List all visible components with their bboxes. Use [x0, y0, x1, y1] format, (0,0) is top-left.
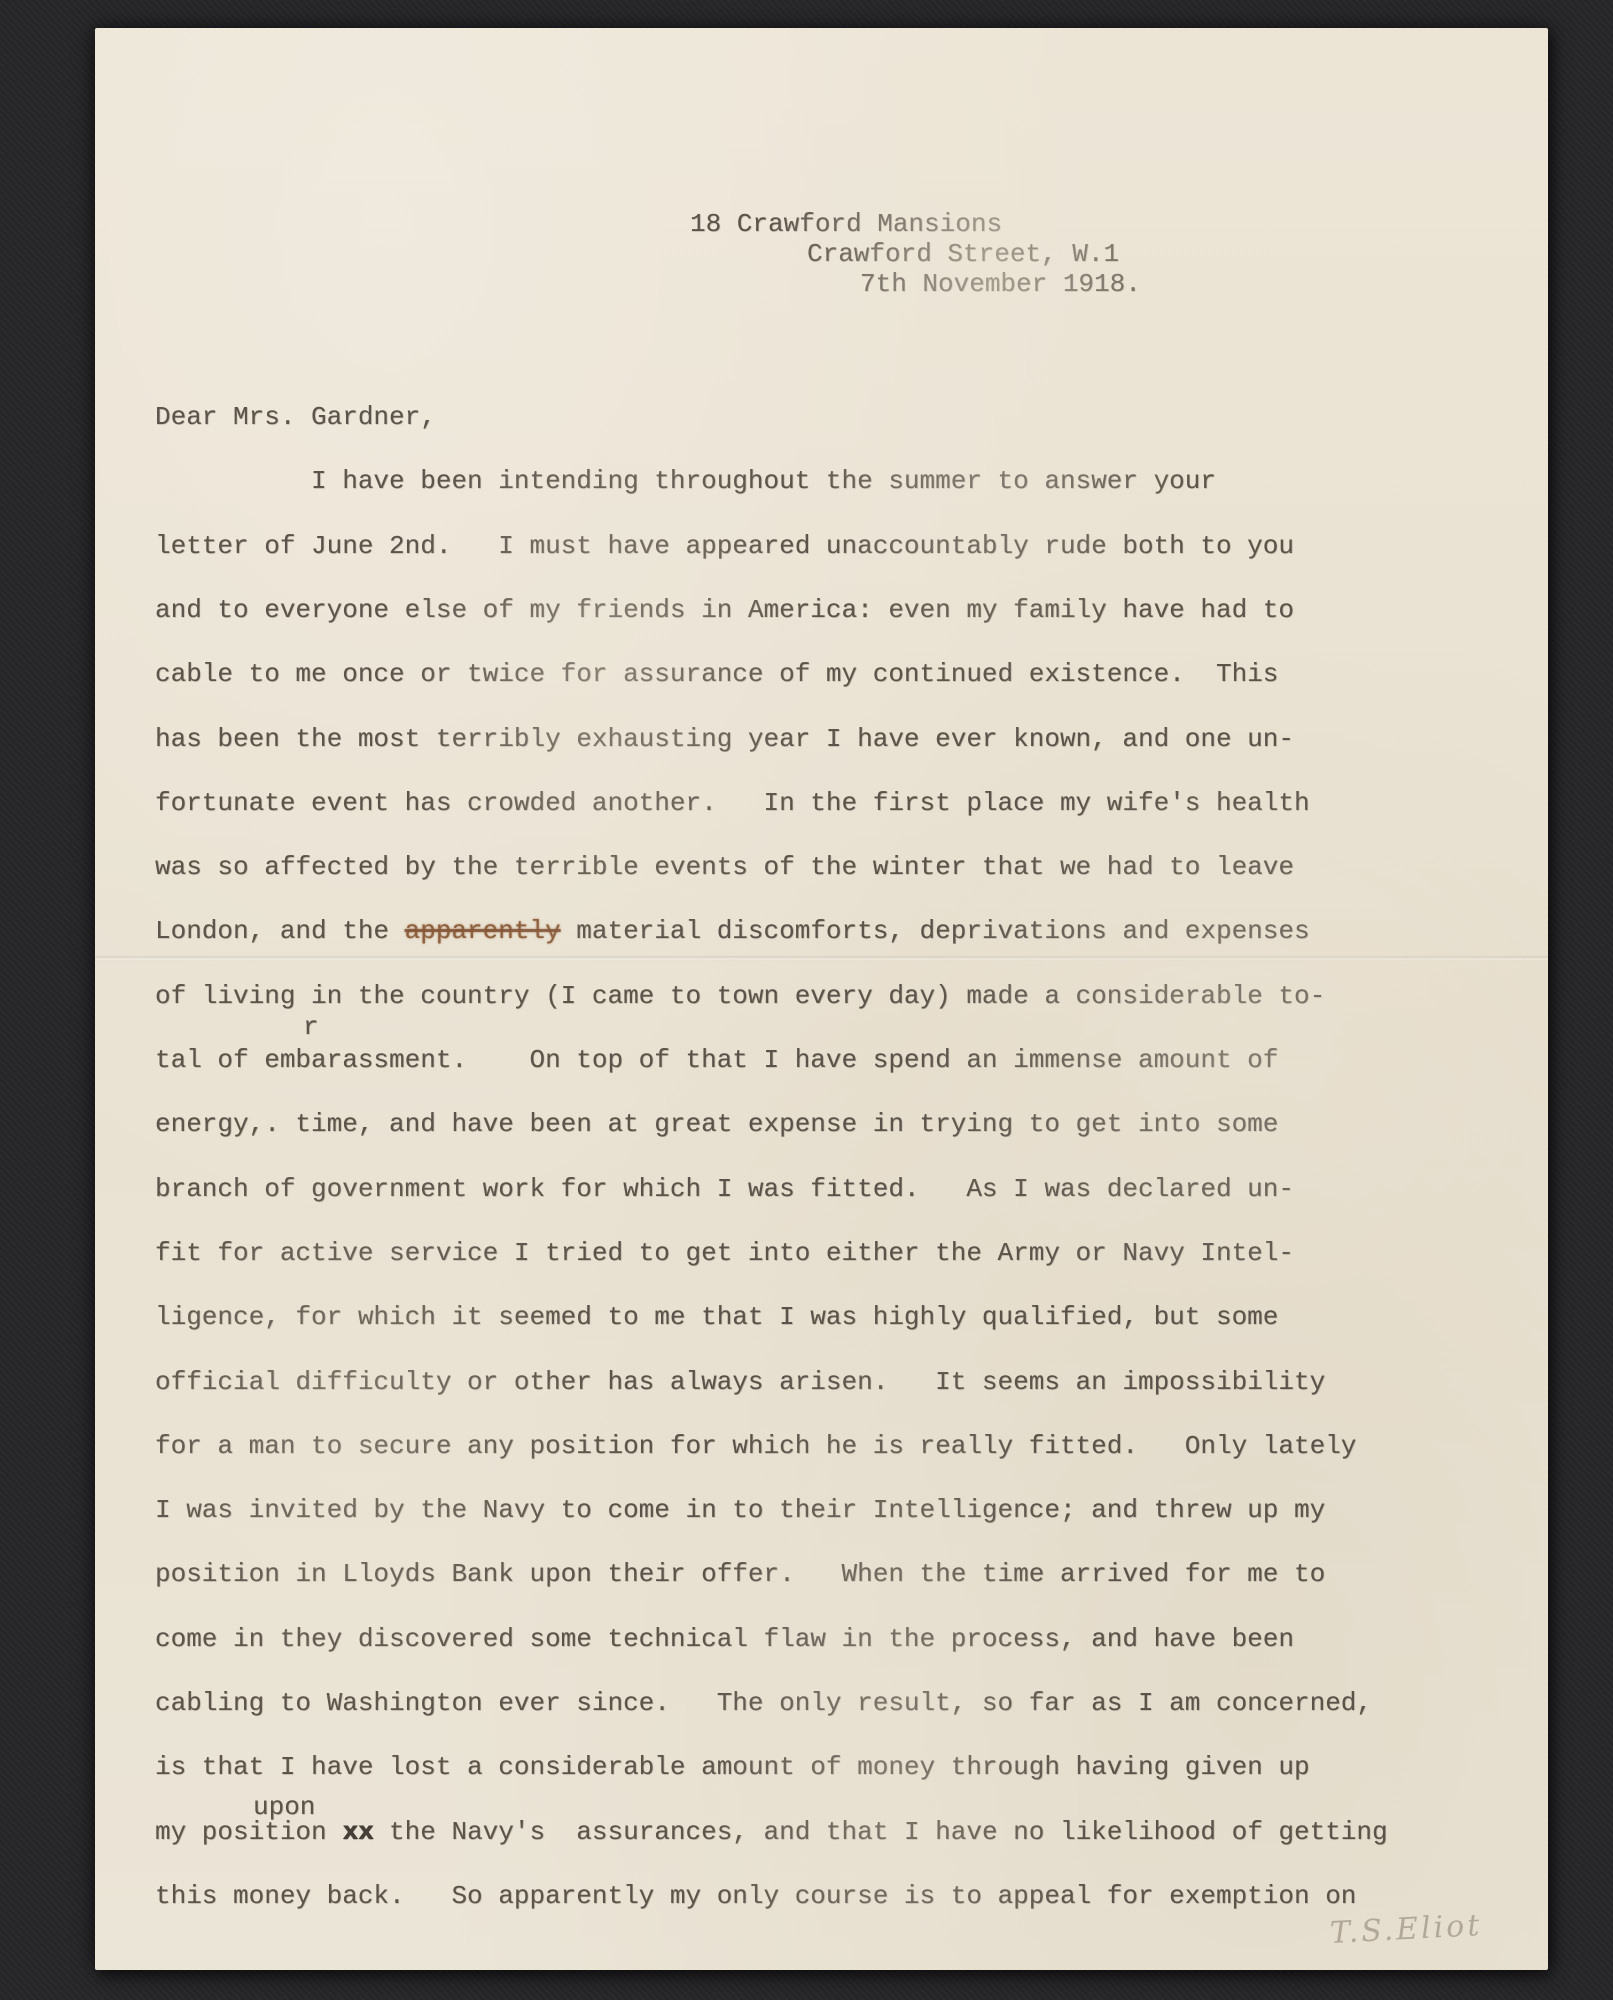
insert-upon-correction: upon: [253, 1794, 315, 1820]
address-line-1: 18 Crawford Mansions: [690, 211, 1002, 237]
letter-line: tal of embarassment. On top of that I ha…: [155, 1047, 1278, 1073]
struck-out-word: apparently: [405, 916, 561, 946]
letter-line: my position xx the Navy's assurances, an…: [155, 1819, 1388, 1845]
letter-line: ligence, for which it seemed to me that …: [155, 1304, 1278, 1330]
letter-line: come in they discovered some technical f…: [155, 1626, 1294, 1652]
insert-r-correction: r: [303, 1014, 319, 1040]
letter-line: cabling to Washington ever since. The on…: [155, 1690, 1372, 1716]
letter-line: and to everyone else of my friends in Am…: [155, 597, 1294, 623]
letter-line: I have been intending throughout the sum…: [155, 468, 1216, 494]
letter-line: branch of government work for which I wa…: [155, 1176, 1294, 1202]
letter-line: position in Lloyds Bank upon their offer…: [155, 1561, 1325, 1587]
letter-line: London, and the apparently material disc…: [155, 918, 1310, 944]
letter-line: I was invited by the Navy to come in to …: [155, 1497, 1325, 1523]
letter-page: 18 Crawford Mansions Crawford Street, W.…: [95, 28, 1548, 1970]
letter-line: official difficulty or other has always …: [155, 1369, 1325, 1395]
fold-crease: [95, 956, 1548, 961]
salutation-line: Dear Mrs. Gardner,: [155, 404, 436, 430]
address-line-3: 7th November 1918.: [860, 271, 1141, 297]
letter-line: of living in the country (I came to town…: [155, 983, 1325, 1009]
letter-line: has been the most terribly exhausting ye…: [155, 726, 1294, 752]
pencil-signature-annotation: T.S.Eliot: [1329, 1908, 1483, 1951]
letter-line: energy,. time, and have been at great ex…: [155, 1111, 1278, 1137]
scan-background-mat: 18 Crawford Mansions Crawford Street, W.…: [0, 0, 1613, 2000]
address-line-2: Crawford Street, W.1: [807, 241, 1119, 267]
letter-line: is that I have lost a considerable amoun…: [155, 1754, 1310, 1780]
letter-line: this money back. So apparently my only c…: [155, 1883, 1356, 1909]
letter-line: fit for active service I tried to get in…: [155, 1240, 1294, 1266]
overstruck-word: xx: [342, 1817, 373, 1847]
letter-line: cable to me once or twice for assurance …: [155, 661, 1278, 687]
letter-line: was so affected by the terrible events o…: [155, 854, 1294, 880]
letter-line: fortunate event has crowded another. In …: [155, 790, 1310, 816]
letter-line: for a man to secure any position for whi…: [155, 1433, 1356, 1459]
letter-line: letter of June 2nd. I must have appeared…: [155, 533, 1294, 559]
